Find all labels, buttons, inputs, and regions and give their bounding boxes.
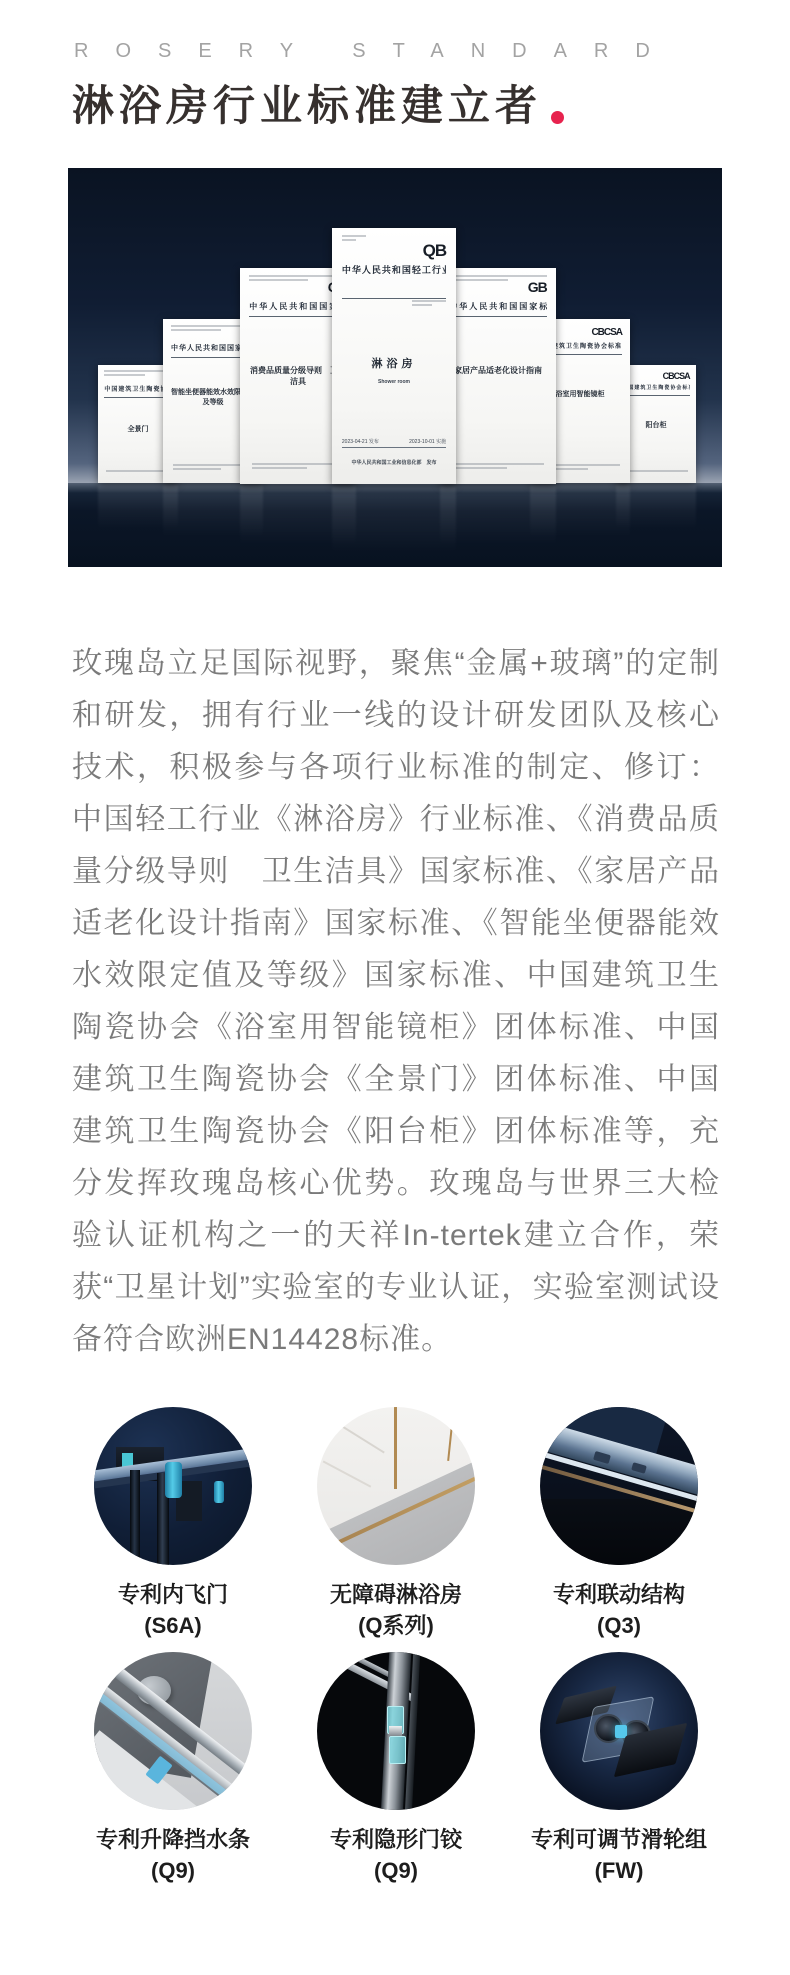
- feature-label: 专利升降挡水条: [62, 1824, 284, 1855]
- feature-label: 专利内飞门: [62, 1579, 284, 1610]
- lifting-water-bar-image: [94, 1652, 252, 1810]
- standard-doc-aging-friendly: GB 中华人民共和国国家标准 家居产品适老化设计指南: [440, 268, 556, 484]
- doc-title: 阳台柜: [622, 420, 689, 430]
- feature-code: (Q9): [285, 1855, 507, 1886]
- standards-banner-image: C 中国建筑卫生陶瓷协会标准 全景门 中华人民共和国国家标准 智能坐便器能效水效…: [68, 168, 722, 567]
- doc-code-lines: [104, 370, 171, 376]
- hidden-hinge-image: [317, 1652, 475, 1810]
- doc-org: 中国建筑卫生陶瓷协会标准: [104, 384, 171, 393]
- doc-footer: 中华人民共和国工业和信息化部 发布: [332, 459, 456, 466]
- feature-label: 专利可调节滑轮组: [508, 1824, 730, 1855]
- doc-number-lines: [412, 300, 446, 308]
- doc-reflection: [616, 485, 696, 537]
- doc-title: 家居产品适老化设计指南: [449, 365, 546, 376]
- intro-paragraph: 玫瑰岛立足国际视野，聚焦“金属+玻璃”的定制和研发，拥有行业一线的设计研发团队及…: [72, 638, 720, 1366]
- doc-reflection: [530, 485, 630, 547]
- feature-code: (Q3): [508, 1610, 730, 1641]
- feature-label: 专利联动结构: [508, 1579, 730, 1610]
- doc-reflection: [332, 487, 456, 565]
- feature-adjustable-pulley-set: 专利可调节滑轮组 (FW): [508, 1652, 730, 1886]
- feature-code: (Q9): [62, 1855, 284, 1886]
- feature-barrier-free-shower: 无障碍淋浴房 (Q系列): [285, 1407, 507, 1641]
- doc-footer-lines: [624, 470, 688, 474]
- inner-flying-door-image: [94, 1407, 252, 1565]
- doc-logo: GB: [528, 279, 547, 295]
- doc-logo: CBCSA: [591, 327, 622, 338]
- adjustable-pulley-set-image: [540, 1652, 698, 1810]
- feature-label: 无障碍淋浴房: [285, 1579, 507, 1610]
- doc-title: 淋浴房: [342, 355, 446, 371]
- standard-doc-shower-room: QB 中华人民共和国轻工行业标准 淋浴房 Shower room 2023-04…: [332, 228, 456, 484]
- barrier-free-shower-image: [317, 1407, 475, 1565]
- title-row: 淋浴房行业标准建立者: [72, 82, 564, 130]
- doc-footer-lines: [106, 470, 170, 474]
- feature-hidden-hinge: 专利隐形门铰 (Q9): [285, 1652, 507, 1886]
- accent-dot: [551, 111, 564, 124]
- feature-code: (FW): [508, 1855, 730, 1886]
- doc-footer-lines: [252, 463, 345, 471]
- doc-subtitle: Shower room: [342, 379, 446, 385]
- doc-org: 中华人民共和国轻工行业标准: [342, 263, 446, 276]
- feature-code: (S6A): [62, 1610, 284, 1641]
- doc-logo: QB: [423, 241, 447, 261]
- feature-inner-flying-door: 专利内飞门 (S6A): [62, 1407, 284, 1641]
- linkage-structure-image: [540, 1407, 698, 1565]
- page: { "header": { "eyebrow": "ROSERY STANDAR…: [0, 0, 790, 1975]
- doc-date-issue: 2023-04-21 发布: [342, 438, 379, 445]
- brand-eyebrow: ROSERY STANDARD: [74, 40, 774, 63]
- doc-org: 中华人民共和国国家标准: [449, 301, 546, 312]
- doc-date-implement: 2023-10-01 实施: [409, 438, 446, 445]
- doc-org: 中国建筑卫生陶瓷协会标准: [622, 384, 689, 391]
- feature-linkage-structure: 专利联动结构 (Q3): [508, 1407, 730, 1641]
- doc-footer-lines: [452, 463, 545, 471]
- feature-code: (Q系列): [285, 1610, 507, 1641]
- page-title: 淋浴房行业标准建立者: [72, 82, 542, 130]
- doc-title: 全景门: [104, 424, 171, 434]
- doc-code-lines: [342, 235, 366, 241]
- feature-label: 专利隐形门铰: [285, 1824, 507, 1855]
- feature-lifting-water-bar: 专利升降挡水条 (Q9): [62, 1652, 284, 1886]
- doc-logo: CBCSA: [663, 371, 690, 381]
